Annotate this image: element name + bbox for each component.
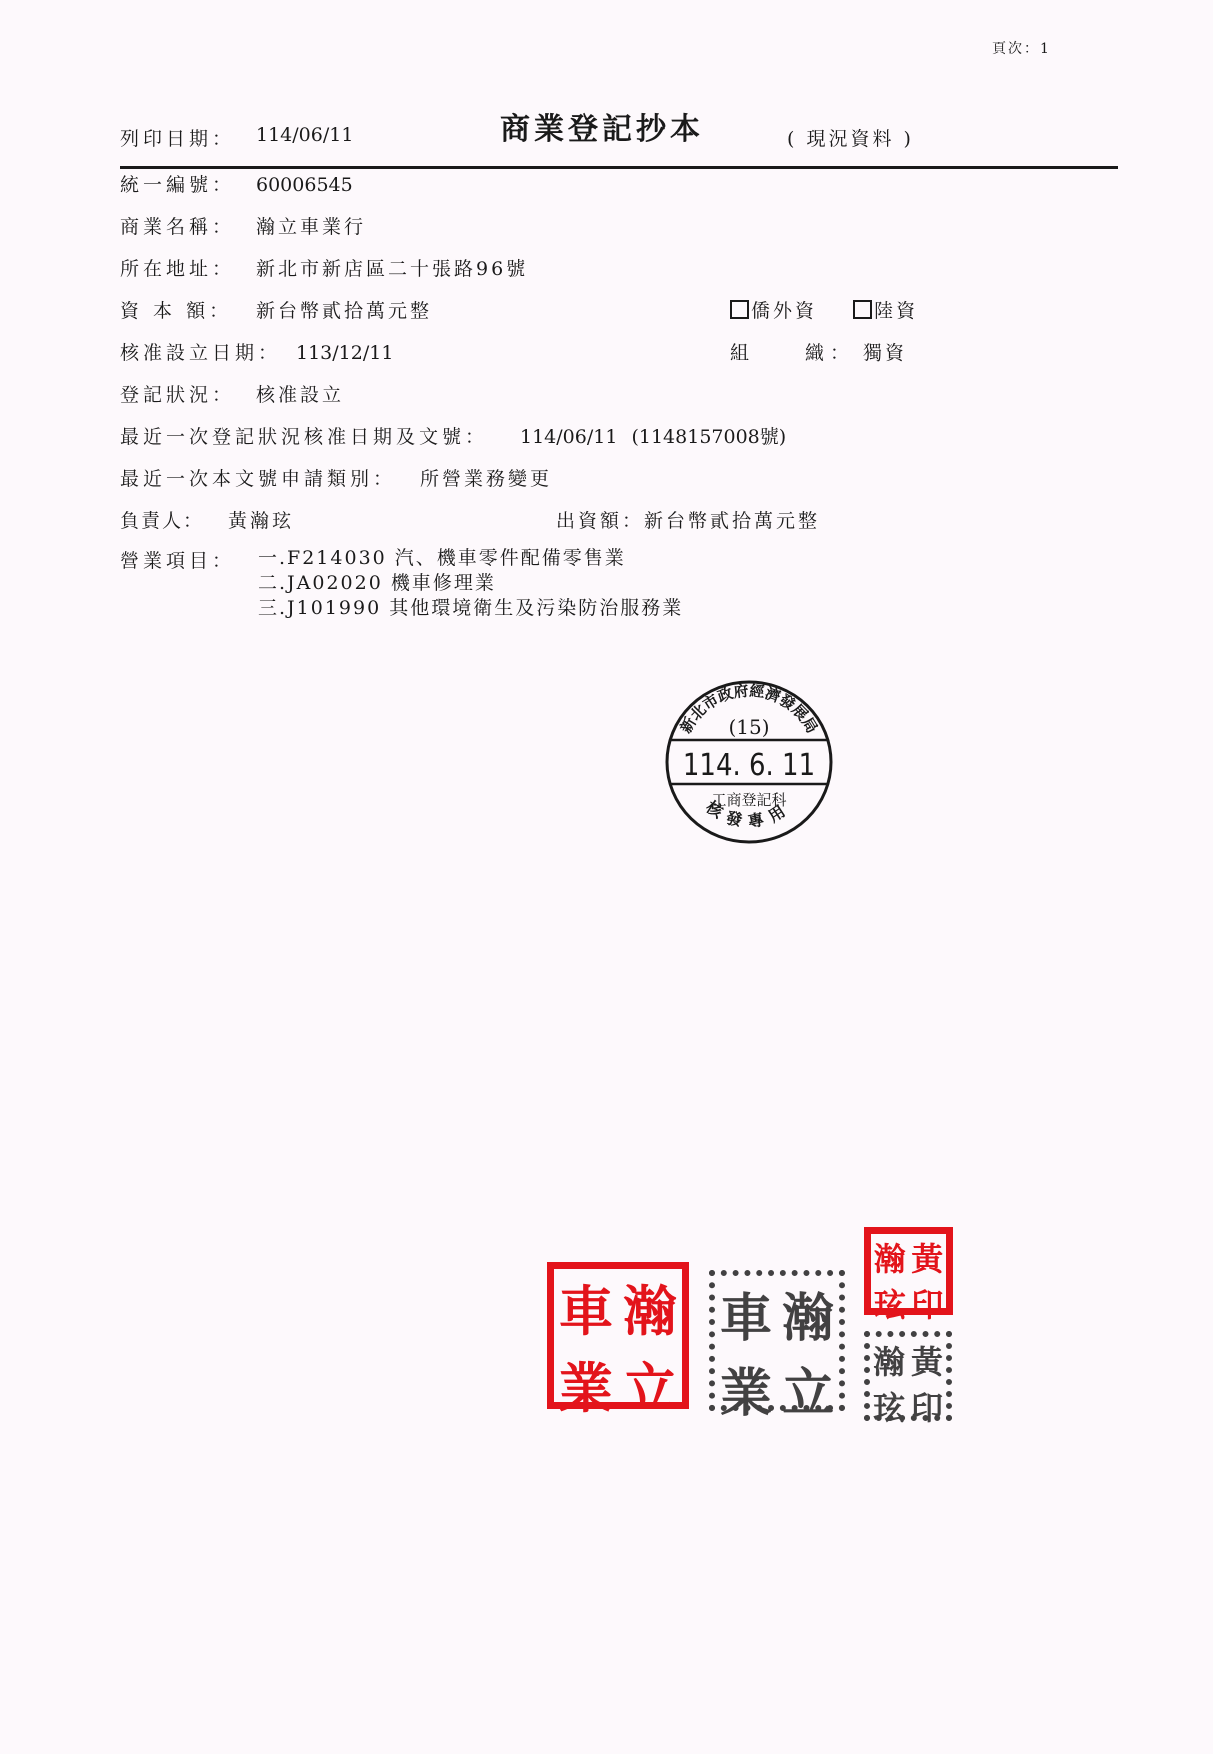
- header-divider: [120, 166, 1118, 169]
- chop-char: 瀚: [871, 1234, 909, 1280]
- field-value: 新台幣貳拾萬元整: [256, 296, 432, 323]
- chop-char: 車: [554, 1269, 618, 1346]
- field-value: 核准設立: [256, 380, 344, 407]
- field-business-name: 商業名稱：瀚立車業行: [120, 212, 366, 239]
- chop-char: 瀚: [870, 1337, 908, 1383]
- document-title: 商業登記抄本: [500, 104, 704, 148]
- field-label: 出資額：: [556, 506, 644, 533]
- status-tag: ( 現況資料 ): [787, 124, 914, 151]
- field-label: 最近一次本文號申請類別：: [120, 464, 420, 491]
- chop-char: 黃: [909, 1234, 947, 1280]
- seal-code: (15): [728, 715, 769, 739]
- organization-value: 獨資: [863, 342, 907, 364]
- chop-char: 立: [777, 1351, 839, 1426]
- business-item: 一.F214030 汽、機車零件配備零售業: [258, 546, 683, 571]
- chop-char: 黃: [908, 1337, 946, 1383]
- field-label: 所在地址：: [120, 254, 256, 281]
- field-address: 所在地址：新北市新店區二十張路96號: [120, 254, 528, 281]
- field-value: 60006545: [256, 174, 353, 196]
- chop-char: 印: [909, 1280, 947, 1326]
- company-chop-black-icon: 車 瀚 業 立: [709, 1270, 845, 1411]
- chop-char: 印: [908, 1383, 946, 1429]
- capital-flags: 僑外資 陸資: [730, 296, 918, 323]
- personal-chop-black-icon: 瀚 黃 玹 印: [864, 1331, 952, 1421]
- field-value: 新台幣貳拾萬元整: [644, 506, 820, 533]
- field-uniform-no: 統一編號：60006545: [120, 170, 353, 197]
- field-label: 統一編號：: [120, 170, 256, 197]
- field-label: 核准設立日期：: [120, 338, 296, 365]
- chop-char: 玹: [870, 1383, 908, 1429]
- print-date-value: 114/06/11: [256, 124, 353, 146]
- business-item: 二.JA02020 機車修理業: [258, 571, 683, 596]
- field-value: 所營業務變更: [420, 464, 552, 491]
- business-items-label: 營業項目：: [120, 546, 235, 573]
- organization-label: 組 織：: [730, 342, 855, 364]
- field-label: 最近一次登記狀況核准日期及文號：: [120, 422, 520, 449]
- field-capital: 資 本 額：新台幣貳拾萬元整: [120, 296, 432, 323]
- field-value: 瀚立車業行: [256, 212, 366, 239]
- field-value: 新北市新店區二十張路96號: [256, 254, 528, 281]
- page-number: 頁次：1: [992, 38, 1051, 58]
- print-date-label: 列印日期：: [120, 124, 235, 151]
- organization: 組 織：獨資: [730, 338, 907, 365]
- chop-char: 瀚: [777, 1276, 839, 1351]
- business-items-list: 一.F214030 汽、機車零件配備零售業 二.JA02020 機車修理業 三.…: [258, 546, 683, 621]
- checkbox-overseas-chinese-label: 僑外資: [751, 300, 817, 322]
- chop-char: 業: [715, 1351, 777, 1426]
- seal-date: 114. 6. 11: [683, 747, 815, 782]
- field-value: 114/06/11 (1148157008號): [520, 422, 786, 449]
- field-value: 黃瀚玹: [228, 506, 294, 533]
- field-reg-status: 登記狀況：核准設立: [120, 380, 344, 407]
- field-responsible-person: 負責人：黃瀚玹: [120, 506, 294, 533]
- field-approval-date: 核准設立日期：113/12/11: [120, 338, 393, 365]
- chop-char: 玹: [871, 1280, 909, 1326]
- chop-char: 車: [715, 1276, 777, 1351]
- checkbox-overseas-chinese: [730, 300, 749, 319]
- chop-char: 業: [554, 1346, 618, 1423]
- company-chop-red-icon: 車 瀚 業 立: [547, 1262, 689, 1409]
- chop-char: 瀚: [618, 1269, 682, 1346]
- field-latest-approval: 最近一次登記狀況核准日期及文號：114/06/11 (1148157008號): [120, 422, 786, 449]
- field-label: 負責人：: [120, 506, 228, 533]
- field-contribution: 出資額：新台幣貳拾萬元整: [556, 506, 820, 533]
- checkbox-mainland: [853, 300, 872, 319]
- field-label: 資 本 額：: [120, 296, 256, 323]
- business-item: 三.J101990 其他環境衛生及污染防治服務業: [258, 596, 683, 621]
- chop-char: 立: [618, 1346, 682, 1423]
- checkbox-mainland-label: 陸資: [874, 300, 918, 322]
- field-label: 商業名稱：: [120, 212, 256, 239]
- field-value: 113/12/11: [296, 342, 393, 364]
- personal-chop-red-icon: 瀚 黃 玹 印: [864, 1227, 953, 1315]
- field-latest-category: 最近一次本文號申請類別：所營業務變更: [120, 464, 552, 491]
- official-seal-icon: 新北市政府經濟發展局 (15) 114. 6. 11 工商登記科 核發專用: [663, 676, 835, 848]
- field-label: 登記狀況：: [120, 380, 256, 407]
